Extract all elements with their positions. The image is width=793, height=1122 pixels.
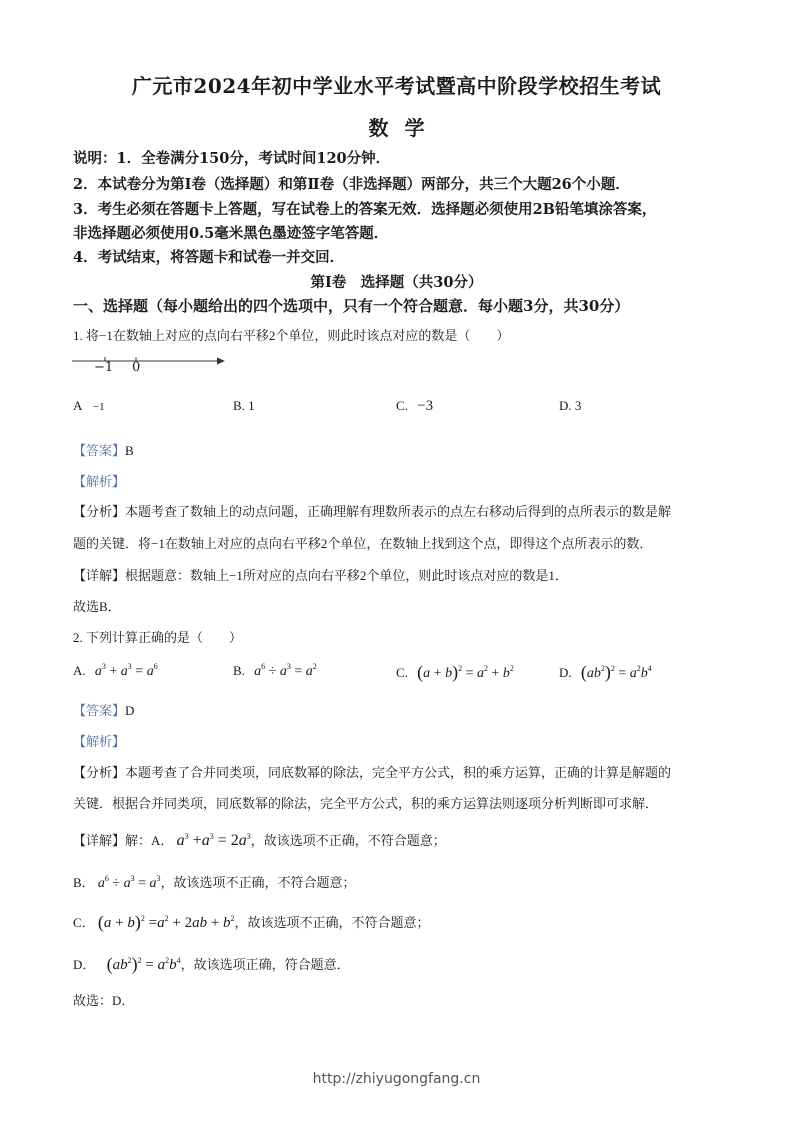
number-line-label-neg1: −1 [94, 360, 113, 375]
number-line-label-0: 0 [132, 360, 140, 375]
q2-option-b-label: B. [233, 663, 245, 678]
q1-option-c-value: −3 [417, 398, 433, 414]
q1-option-d: D. 3 [559, 398, 581, 414]
step-comment: ，故该选项正确，符合题意． [181, 957, 350, 972]
q1-answer: 【答案】B [73, 440, 134, 459]
step-comment: ，故该选项不正确，不符合题意； [161, 875, 356, 890]
instruction-line-1: 说明：1．全卷满分150分，考试时间120分钟． [73, 147, 390, 168]
q1-option-c-label: C. [396, 398, 408, 413]
answer-label: 【答案】 [73, 443, 125, 458]
detail-label: 【详解】 [73, 833, 125, 848]
q1-option-a: A −1 [73, 398, 105, 414]
q2-detail-step-c: C． (a + b)2 =a2 + 2ab + b2，故该选项不正确，不符合题意… [73, 912, 430, 933]
exam-title: 广元市2024年初中学业水平考试暨高中阶段学校招生考试 [0, 70, 793, 99]
q2-option-c-expr: (a + b)2 = a2 + b2 [417, 666, 514, 681]
q2-conclusion: 故选：D． [73, 990, 134, 1009]
q2-answer: 【答案】D [73, 700, 134, 719]
q2-detail-step-a: 【详解】解：A． a3 +a3 = 2a3，故该选项不正确，不符合题意； [73, 830, 446, 850]
q2-detail-step-b: B． a6 ÷ a3 = a3，故该选项不正确，不符合题意； [73, 872, 356, 892]
answer-label: 【答案】 [73, 703, 125, 718]
answer-value: D [125, 703, 134, 718]
q1-conclusion: 故选B． [73, 596, 121, 615]
fenxi-label: 【分析】 [73, 765, 125, 780]
question-1-stem: 1. 将−1在数轴上对应的点向右平移2个单位，则此时该点对应的数是（ ） [73, 325, 509, 344]
q2-option-b-expr: a6 ÷ a3 = a2 [254, 664, 317, 679]
q2-option-c-label: C. [396, 665, 408, 680]
detail-text: 根据题意：数轴上−1所对应的点向右平移2个单位，则此时该点对应的数是1． [125, 568, 568, 583]
q2-option-d: D. (ab2)2 = a2b4 [559, 662, 652, 683]
step-expr: a3 +a3 = 2a3 [177, 832, 251, 849]
step-expr: (ab2)2 = a2b4 [107, 957, 181, 973]
instruction-line-4: 非选择题必须使用0.5毫米黑色墨迹签字笔答题． [73, 222, 388, 243]
q1-option-b: B. 1 [233, 398, 255, 414]
step-expr: (a + b)2 =a2 + 2ab + b2 [98, 915, 235, 931]
step-expr: a6 ÷ a3 = a3 [98, 876, 161, 891]
instruction-line-5: 4．考试结束，将答题卡和试卷一并交回． [73, 246, 344, 267]
q2-fenxi-line-1: 【分析】本题考查了合并同类项，同底数幂的除法，完全平方公式，积的乘方运算，正确的… [73, 762, 671, 781]
answer-value: B [125, 443, 134, 458]
step-comment: ，故该选项不正确，不符合题意； [251, 833, 446, 848]
fenxi-text: 本题考查了数轴上的动点问题，正确理解有理数所表示的点左右移动后得到的点所表示的数… [125, 504, 671, 519]
number-line-diagram: −1 0 [72, 350, 232, 386]
q2-option-c: C. (a + b)2 = a2 + b2 [396, 662, 514, 683]
step-prefix: D． [73, 957, 95, 972]
q2-option-a-label: A. [73, 663, 86, 678]
q1-fenxi-line-1: 【分析】本题考查了数轴上的动点问题，正确理解有理数所表示的点左右移动后得到的点所… [73, 501, 671, 520]
section-title: 第Ⅰ卷 选择题（共30分） [0, 271, 793, 292]
detail-label: 【详解】 [73, 568, 125, 583]
step-prefix: B． [73, 875, 95, 890]
question-2-stem: 2. 下列计算正确的是（ ） [73, 627, 242, 646]
q1-detail: 【详解】根据题意：数轴上−1所对应的点向右平移2个单位，则此时该点对应的数是1． [73, 565, 568, 584]
q2-option-d-label: D. [559, 665, 572, 680]
part-title: 一、选择题（每小题给出的四个选项中，只有一个符合题意．每小题3分，共30分） [73, 295, 629, 316]
q2-option-b: B. a6 ÷ a3 = a2 [233, 662, 317, 680]
step-prefix: C． [73, 915, 95, 930]
step-comment: ，故该选项不正确，不符合题意； [235, 915, 430, 930]
q1-option-c: C. −3 [396, 398, 433, 415]
q1-analysis-label: 【解析】 [73, 471, 125, 490]
q2-analysis-label: 【解析】 [73, 731, 125, 750]
subject-title: 数学 [0, 112, 793, 141]
instruction-line-2: 2．本试卷分为第Ⅰ卷（选择题）和第Ⅱ卷（非选择题）两部分，共三个大题26个小题． [73, 173, 630, 194]
step-prefix: 解：A． [125, 833, 173, 848]
q2-detail-step-d: D． (ab2)2 = a2b4，故该选项正确，符合题意． [73, 954, 350, 975]
q2-fenxi-line-2: 关键．根据合并同类项，同底数幂的除法，完全平方公式，积的乘方运算法则逐项分析判断… [73, 793, 658, 812]
q1-fenxi-line-2: 题的关键．将−1在数轴上对应的点向右平移2个单位，在数轴上找到这个点，即得这个点… [73, 533, 652, 552]
q1-option-a-label: A [73, 398, 82, 413]
instruction-line-3: 3．考生必须在答题卡上答题，写在试卷上的答案无效．选择题必须使用2B铅笔填涂答案… [73, 198, 656, 219]
q1-option-a-value: −1 [93, 401, 105, 413]
q2-option-a: A. a3 + a3 = a6 [73, 662, 158, 680]
fenxi-text: 本题考查了合并同类项，同底数幂的除法，完全平方公式，积的乘方运算，正确的计算是解… [125, 765, 671, 780]
footer-url[interactable]: http://zhiyugongfang.cn [0, 1071, 793, 1087]
fenxi-label: 【分析】 [73, 504, 125, 519]
q2-option-d-expr: (ab2)2 = a2b4 [581, 666, 652, 681]
q2-option-a-expr: a3 + a3 = a6 [95, 664, 158, 679]
